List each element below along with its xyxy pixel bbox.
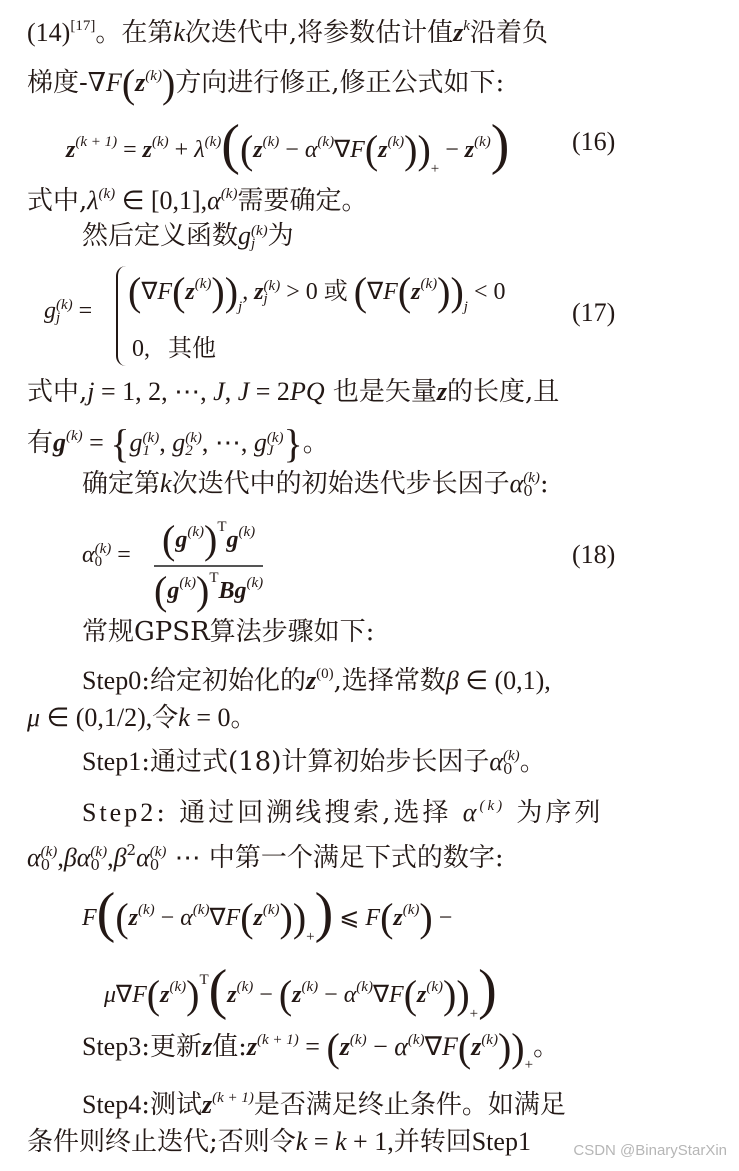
text: 为 [268,221,294,251]
text: 次迭代中的初始迭代步长因子 [172,469,510,499]
step-4-line-1: Step4:测试z(k + 1)是否满足终止条件。如满足 [0,1080,739,1123]
paragraph-line: 梯度-∇F(z(k))方向进行修正,修正公式如下: [0,58,739,102]
math-var: z [453,18,463,47]
math-sup: (k) [99,186,116,202]
equation-number: (16) [572,112,615,172]
math-var: α [207,186,221,215]
text: 梯度-∇ [27,68,106,98]
math-var: g [238,221,251,250]
watermark: CSDN @BinaryStarXin [573,1142,727,1159]
math-var: λ [87,186,98,215]
paren: ) [162,61,175,106]
text: 确定第 [82,469,160,499]
math-sub: j [251,238,268,251]
text: 沿着负 [470,18,548,48]
text: 需要确定。 [237,186,367,216]
text: : [540,469,549,499]
text: 常规GPSR算法步骤如下: [82,617,374,647]
step-2-line-1: Step2: 通过回溯线搜索,选择 α(k) 为序列 [0,788,739,831]
citation-reference[interactable]: [17] [70,18,95,34]
text: 然后定义函数 [82,221,238,251]
brace [116,266,126,366]
math-var: α [510,469,524,498]
math-var: F [106,68,122,97]
math-var: k [160,469,172,498]
step-3: Step3:更新z值:z(k + 1) = (z(k) − α(k)∇F(z(k… [0,1022,739,1083]
math-sub: 0 [523,485,540,498]
text: 式中, [27,186,87,216]
step-1: Step1:通过式(18)计算初始步长因子α(k)0。 [0,744,739,780]
math-var: z [135,68,145,97]
paragraph-line: 式中,λ(k) ∈ [0,1],α(k)需要确定。 [0,176,739,219]
inequality-line-1: F((z(k) − α(k)∇F(z(k)))+) ⩽ F(z(k)) − [0,880,739,940]
math-sup: (k) [221,186,238,202]
paragraph-line: 然后定义函数g(k)j为 [0,218,739,254]
equation-number: (18) [572,540,615,570]
step-0-line-2: μ ∈ (0,1/2),令k = 0。 [0,700,739,736]
paragraph-line: 常规GPSR算法步骤如下: [0,614,739,650]
paragraph-line: 确定第k次迭代中的初始迭代步长因子α(k)0: [0,466,739,502]
text: 次迭代中,将参数估计值 [185,18,453,48]
inequality-line-2: μ∇F(z(k))T(z(k) − (z(k) − α(k)∇F(z(k)))+… [0,950,739,1010]
equation-number: (17) [572,298,615,328]
step-2-line-2: α(k)0,βα(k)0,β2α(k)0 ⋯ 中第一个满足下式的数字: [0,832,739,876]
text: (14) [27,18,70,47]
equation-18: α(k)0 = (g(k))Tg(k) (g(k))TBg(k) (18) [82,516,642,606]
equation-17: g(k)j = (∇F(z(k)))j, z(k)j > 0 或 (∇F(z(k… [44,266,644,370]
paragraph-line: (14)[17]。在第k次迭代中,将参数估计值zk沿着负 [0,8,739,51]
math-sup: k [463,18,470,34]
text: ∈ [0,1], [115,186,207,215]
math-sup: (k) [145,68,162,84]
text: 。在第 [95,18,173,48]
math-var: k [173,18,185,47]
paragraph-line: 有g(k) = {g(k)1, g(k)2, ⋯, g(k)J}。 [0,418,739,462]
equation-16: z(k + 1) = z(k) + λ(k)((z(k) − α(k)∇F(z(… [0,112,739,172]
step-0-line-1: Step0:给定初始化的z(0),选择常数β ∈ (0,1), [0,656,739,699]
paren: ( [122,61,135,106]
paragraph-line: 式中,j = 1, 2, ⋯, J, J = 2PQ 也是矢量z的长度,且 [0,374,739,410]
text: 方向进行修正,修正公式如下: [175,68,504,98]
